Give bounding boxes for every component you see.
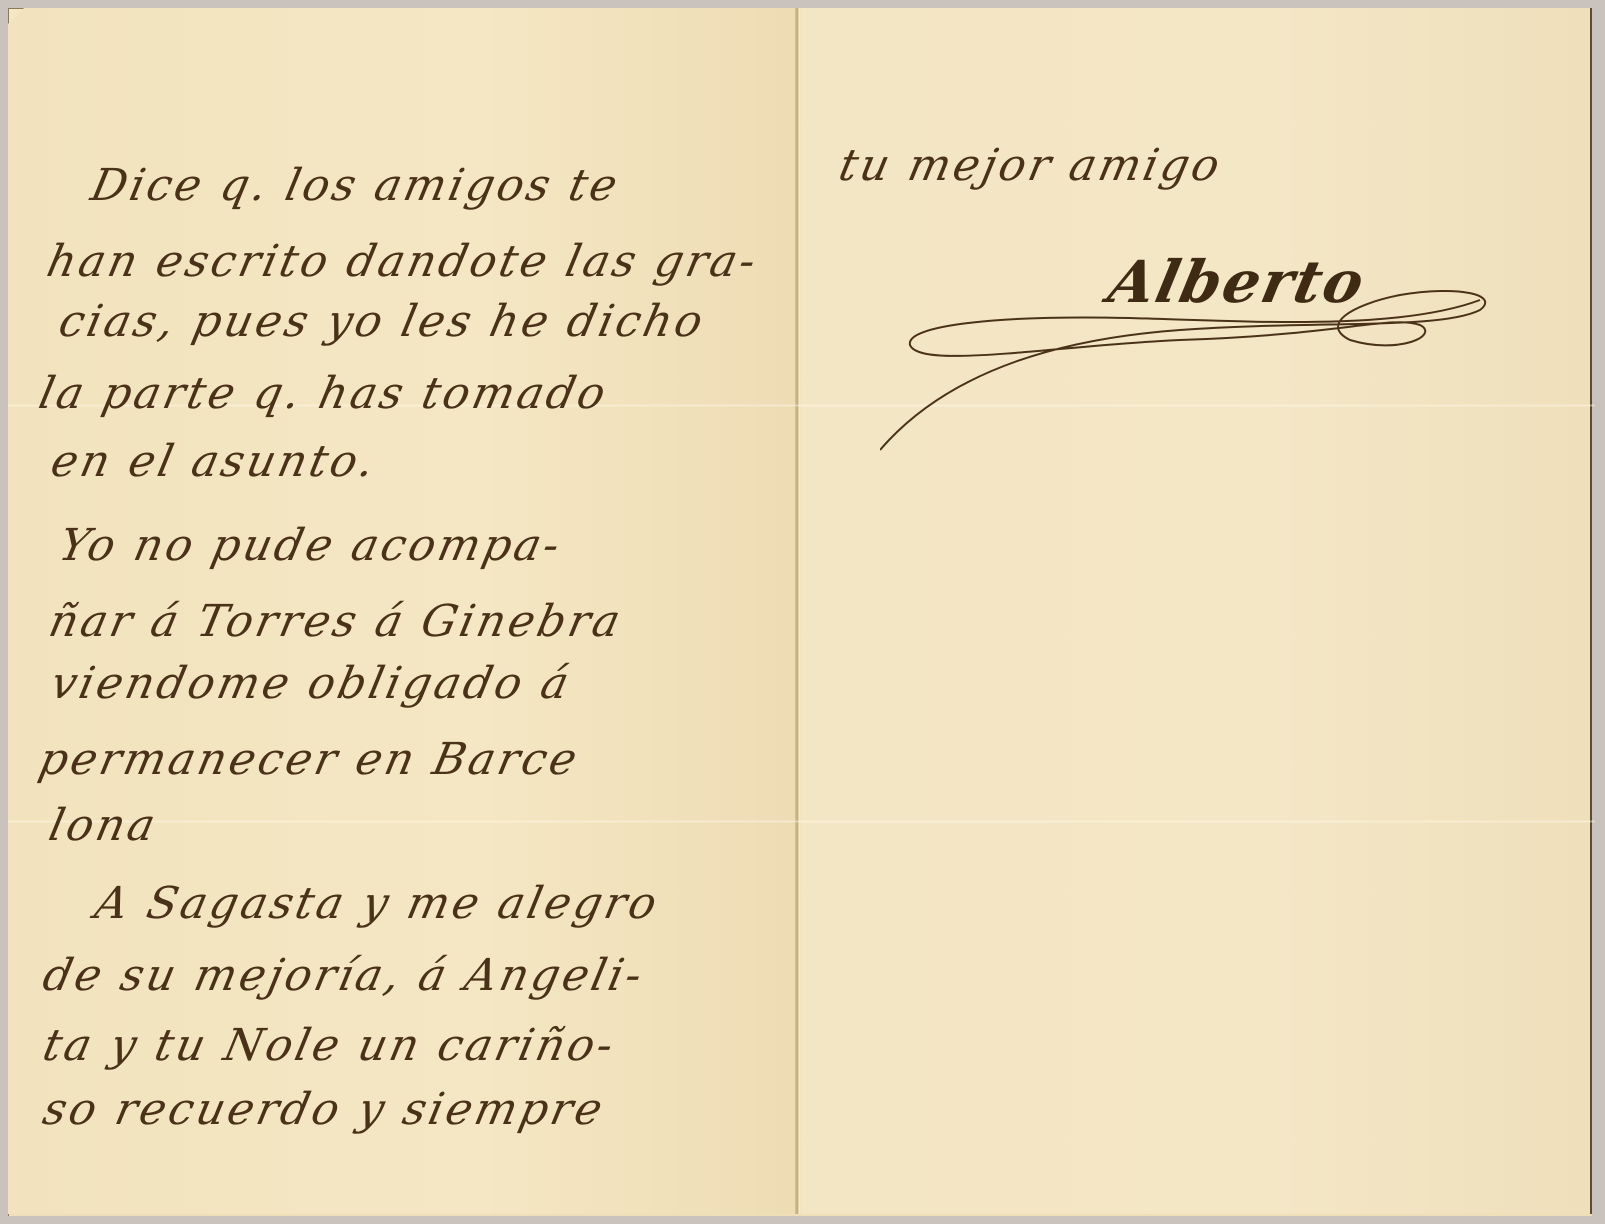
letter-line: A Sagasta y me alegro [91,878,664,929]
letter-line: permanecer en Barce [35,734,585,785]
letter-line: ñar á Torres á Ginebra [45,596,628,647]
closing-line: tu mejor amigo [835,140,1227,191]
horizontal-crease [8,820,1595,823]
letter-line: la parte q. has tomado [35,368,613,419]
letter-line: Dice q. los amigos te [87,160,625,211]
letter-line: han escrito dandote las gra- [43,236,764,287]
center-fold [795,8,801,1214]
letter-line: so recuerdo y siempre [39,1084,610,1135]
letter-line: ta y tu Nole un cariño- [39,1020,621,1071]
letter-line: cias, pues yo les he dicho [55,296,711,347]
letter-line: lona [45,800,163,851]
letter-line: de su mejoría, á Angeli- [39,950,650,1001]
letter-line: viendome obligado á [47,658,577,709]
letter-line: en el asunto. [47,436,382,487]
letter-line: Yo no pude acompa- [55,520,567,571]
signature-flourish-icon [880,270,1520,470]
